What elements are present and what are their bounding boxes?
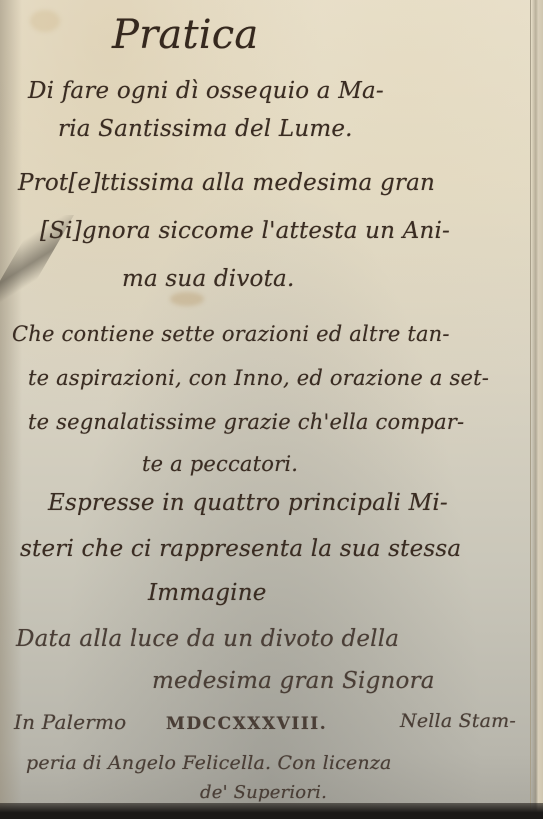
manuscript-title: Pratica	[112, 12, 258, 58]
manuscript-line: te aspirazioni, con Inno, ed orazione a …	[28, 366, 489, 390]
manuscript-line: te a peccatori.	[142, 452, 298, 476]
manuscript-line: te segnalatissime grazie ch'ella compar-	[28, 410, 464, 434]
manuscript-line: Espresse in quattro principali Mi-	[48, 490, 448, 516]
manuscript-line: Prot[e]ttissima alla medesima gran	[18, 170, 435, 196]
manuscript-line: Di fare ogni dì ossequio a Ma-	[28, 78, 384, 104]
manuscript-line: Immagine	[148, 580, 267, 606]
manuscript-line: medesima gran Signora	[152, 668, 435, 694]
manuscript-page: Pratica Di fare ogni dì ossequio a Ma- r…	[0, 0, 543, 819]
manuscript-line-place: In Palermo	[14, 710, 126, 734]
paper-stain	[30, 10, 60, 32]
manuscript-date-roman: MDCCXXXVIII.	[166, 714, 327, 734]
manuscript-line: ria Santissima del Lume.	[58, 116, 353, 142]
page-edge-right	[530, 0, 543, 819]
page-edge-bottom	[0, 803, 543, 819]
manuscript-line: ma sua divota.	[122, 266, 294, 292]
manuscript-line: steri che ci rappresenta la sua stessa	[20, 536, 461, 562]
manuscript-line: [Si]gnora siccome l'attesta un Ani-	[40, 218, 450, 244]
manuscript-line: Data alla luce da un divoto della	[16, 626, 399, 652]
manuscript-line: Che contiene sette orazioni ed altre tan…	[12, 322, 450, 346]
ink-stain	[170, 292, 204, 306]
manuscript-line: Nella Stam-	[400, 710, 516, 732]
manuscript-line: peria di Angelo Felicella. Con licenza	[26, 752, 392, 774]
manuscript-line: de' Superiori.	[200, 782, 327, 803]
